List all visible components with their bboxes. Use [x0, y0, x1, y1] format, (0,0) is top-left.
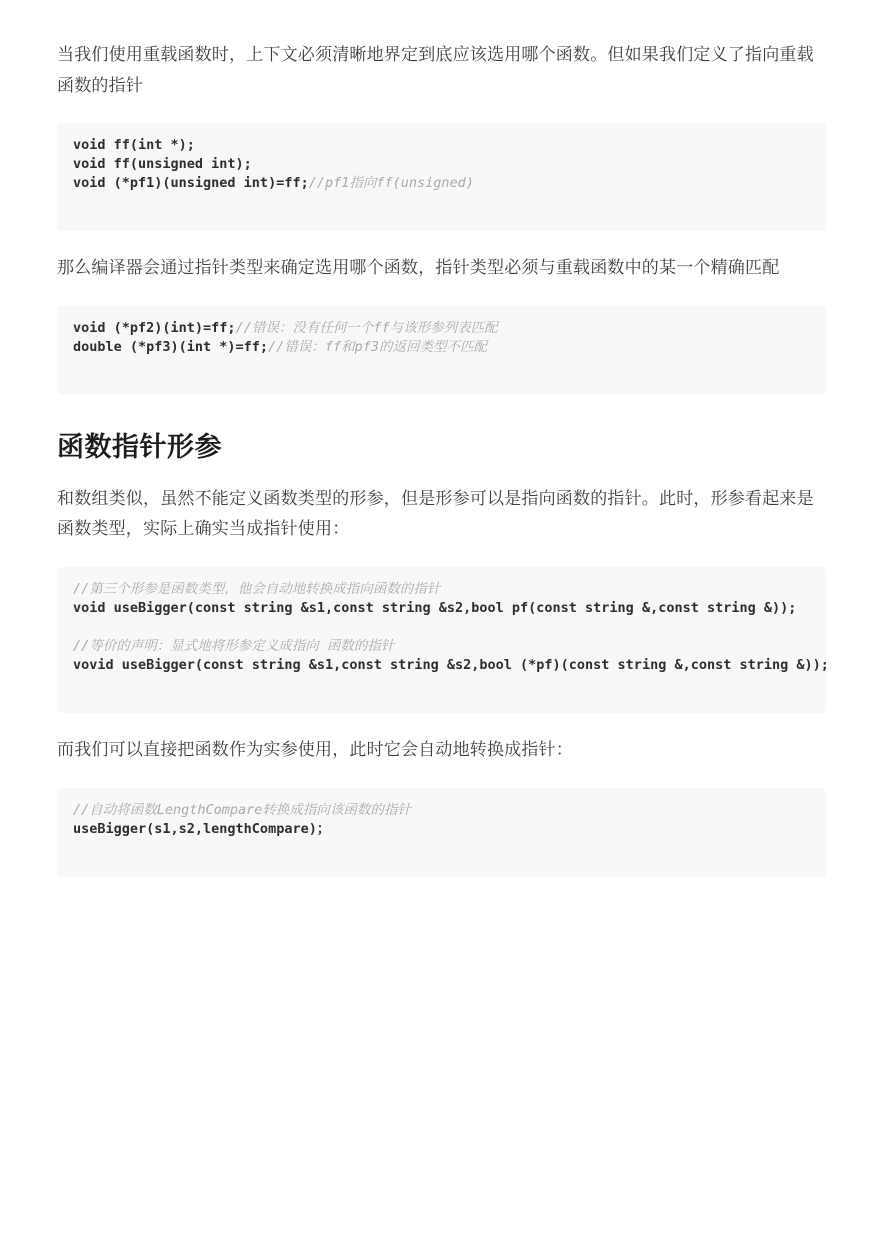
code-block-param-declarations: //第三个形参是函数类型，他会自动地转换成指向函数的指针void useBigg… [57, 567, 826, 713]
article-content: 当我们使用重载函数时，上下文必须清晰地界定到底应该选用哪个函数。但如果我们定义了… [0, 0, 884, 877]
code-line: void (*pf2)(int)=ff;//错误：没有任何一个ff与该形参列表匹… [73, 319, 810, 338]
code-text: vovid useBigger(const string &s1,const s… [73, 657, 826, 673]
code-comment: //错误：没有任何一个ff与该形参列表匹配 [236, 320, 498, 336]
code-comment: //pf1指向ff(unsigned) [309, 175, 474, 191]
code-comment: //错误：ff和pf3的返回类型不匹配 [268, 339, 487, 355]
code-block-mismatch-errors: void (*pf2)(int)=ff;//错误：没有任何一个ff与该形参列表匹… [57, 306, 826, 395]
code-line: void ff(int *); [73, 136, 810, 155]
article-page: 当我们使用重载函数时，上下文必须清晰地界定到底应该选用哪个函数。但如果我们定义了… [0, 0, 884, 1251]
code-text: void useBigger(const string &s1,const st… [73, 600, 796, 616]
code-comment: //自动将函数LengthCompare转换成指向该函数的指针 [73, 802, 411, 818]
code-text: void (*pf1)(unsigned int)=ff; [73, 175, 309, 191]
code-block-overload-pointer: void ff(int *);void ff(unsigned int);voi… [57, 123, 826, 231]
code-line: //等价的声明：显式地将形参定义成指向 函数的指针 [73, 637, 810, 656]
paragraph-compiler-match: 那么编译器会通过指针类型来确定选用哪个函数，指针类型必须与重载函数中的某一个精确… [57, 253, 826, 284]
code-line: void ff(unsigned int); [73, 155, 810, 174]
code-block-use-bigger-call: //自动将函数LengthCompare转换成指向该函数的指针useBigger… [57, 788, 826, 877]
code-line: void useBigger(const string &s1,const st… [73, 599, 810, 618]
section-heading: 函数指针形参 [57, 425, 826, 464]
code-text: double (*pf3)(int *)=ff; [73, 339, 268, 355]
code-line: void (*pf1)(unsigned int)=ff;//pf1指向ff(u… [73, 174, 810, 193]
code-line: useBigger(s1,s2,lengthCompare)； [73, 820, 810, 839]
paragraph-function-as-argument: 而我们可以直接把函数作为实参使用，此时它会自动地转换成指针： [57, 735, 826, 766]
code-text: void ff(int *); [73, 137, 195, 153]
paragraph-function-pointer-param: 和数组类似，虽然不能定义函数类型的形参，但是形参可以是指向函数的指针。此时，形参… [57, 484, 826, 545]
code-text: useBigger(s1,s2,lengthCompare)； [73, 821, 330, 837]
code-text: void ff(unsigned int); [73, 156, 252, 172]
code-text: void (*pf2)(int)=ff; [73, 320, 236, 336]
code-line: //自动将函数LengthCompare转换成指向该函数的指针 [73, 801, 810, 820]
code-line: vovid useBigger(const string &s1,const s… [73, 656, 810, 675]
paragraph-overload-context: 当我们使用重载函数时，上下文必须清晰地界定到底应该选用哪个函数。但如果我们定义了… [57, 40, 826, 101]
code-line: double (*pf3)(int *)=ff;//错误：ff和pf3的返回类型… [73, 338, 810, 357]
code-comment: //第三个形参是函数类型，他会自动地转换成指向函数的指针 [73, 581, 440, 597]
code-line: //第三个形参是函数类型，他会自动地转换成指向函数的指针 [73, 580, 810, 599]
code-comment: //等价的声明：显式地将形参定义成指向 函数的指针 [73, 638, 394, 654]
code-line [73, 618, 810, 637]
